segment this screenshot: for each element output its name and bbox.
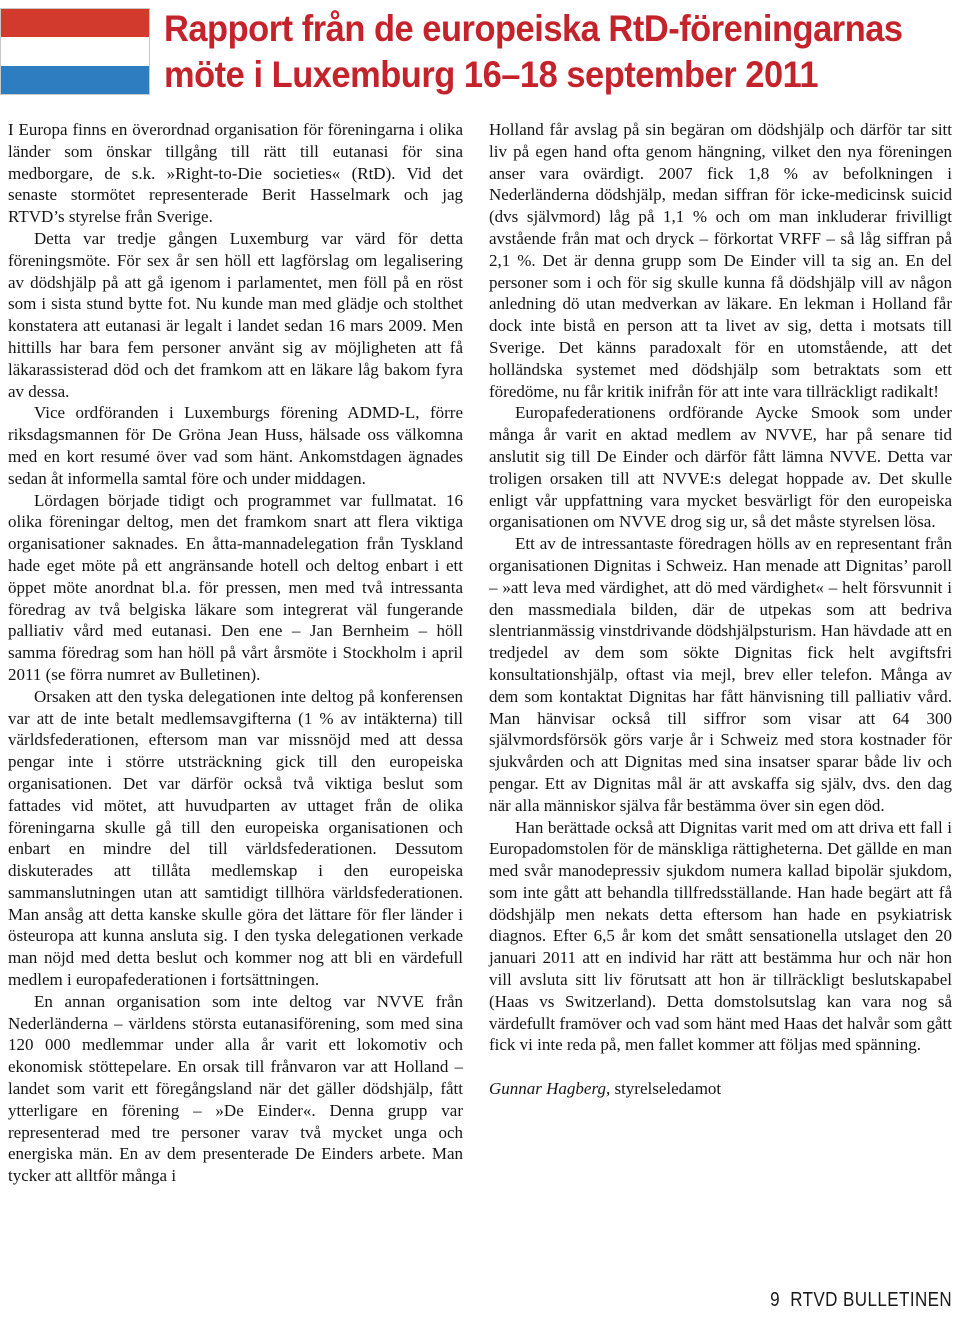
author-signature: Gunnar Hagberg, styrelseledamot [489, 1078, 952, 1100]
luxembourg-flag [0, 8, 150, 95]
page-header: Rapport från de europeiska RtD-föreninga… [0, 0, 960, 98]
body-paragraph: Detta var tredje gången Luxemburg var vä… [8, 228, 463, 402]
flag-stripe-white [1, 37, 149, 65]
page-number: 9 [770, 1289, 780, 1311]
author-role: , styrelseledamot [606, 1079, 721, 1098]
body-paragraph: I Europa finns en överordnad organisatio… [8, 119, 463, 228]
author-name: Gunnar Hagberg [489, 1079, 606, 1098]
page-footer: 9RTVD BULLETINEN [770, 1289, 952, 1312]
body-paragraph: Europafederationens ordförande Aycke Smo… [489, 402, 952, 533]
flag-stripe-red [1, 9, 149, 37]
body-paragraph: Holland får avslag på sin begäran om död… [489, 119, 952, 402]
page-title-line-1: Rapport från de europeiska RtD-föreninga… [164, 6, 903, 52]
body-paragraph: En annan organisation som inte deltog va… [8, 991, 463, 1187]
body-paragraph: Ett av de intressantaste föredragen höll… [489, 533, 952, 816]
article-body: I Europa finns en överordnad organisatio… [0, 119, 960, 1187]
body-paragraph: Han berättade också att Dignitas varit m… [489, 817, 952, 1057]
right-column: Holland får avslag på sin begäran om död… [489, 119, 952, 1187]
body-paragraph: Lördagen började tidigt och programmet v… [8, 490, 463, 686]
body-paragraph: Vice ordföranden i Luxemburgs förening A… [8, 402, 463, 489]
flag-stripe-blue [1, 66, 149, 94]
document-page: Rapport från de europeiska RtD-föreninga… [0, 0, 960, 1324]
page-title: Rapport från de europeiska RtD-föreninga… [164, 0, 903, 98]
publication-name: RTVD BULLETINEN [790, 1289, 952, 1311]
body-paragraph: Orsaken att den tyska delegationen inte … [8, 686, 463, 991]
page-title-line-2: möte i Luxemburg 16–18 september 2011 [164, 52, 903, 98]
left-column: I Europa finns en överordnad organisatio… [8, 119, 463, 1187]
